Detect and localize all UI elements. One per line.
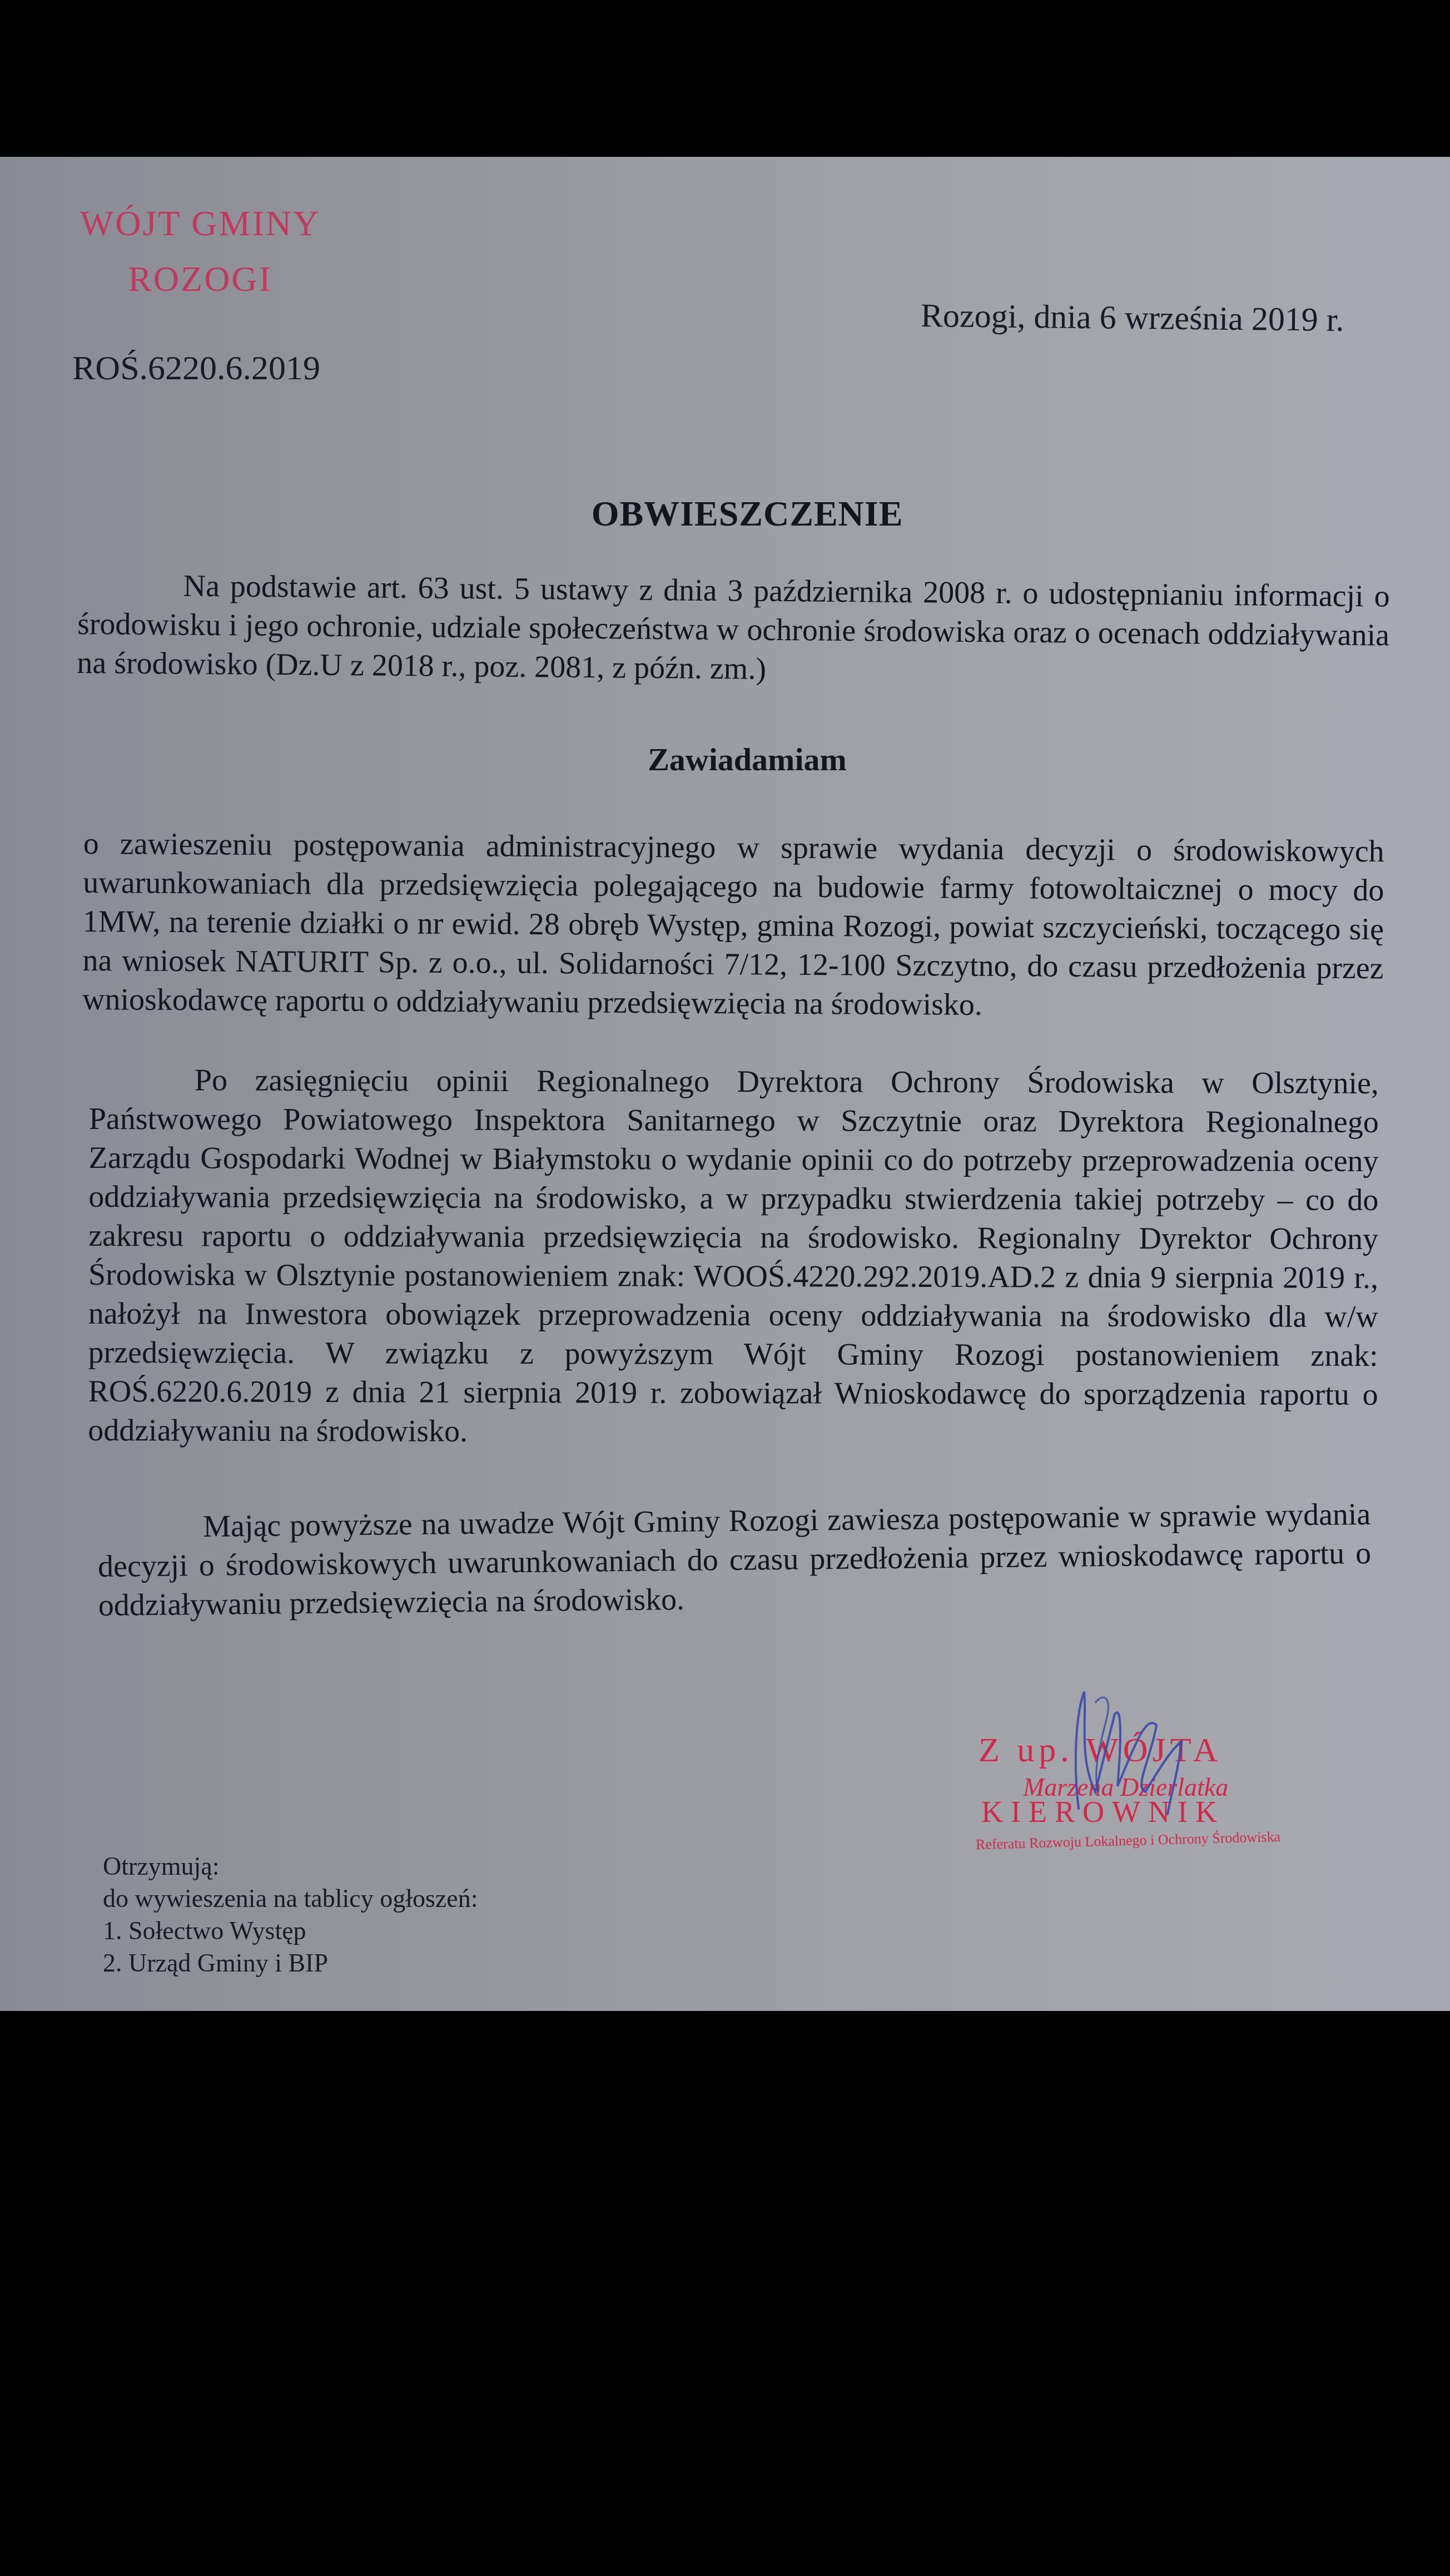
signature-stamp: Z up. WÓJTA Marzena Dzierlatka KIEROWNIK…: [967, 1670, 1323, 1853]
notice-paragraph-opinions: Po zasięgnięciu opinii Regionalnego Dyre…: [88, 1061, 1379, 1453]
notice-paragraph-decision: Mając powyższe na uwadze Wójt Gminy Rozo…: [97, 1495, 1372, 1625]
recipients-subheading: do wywieszenia na tablicy ogłoszeń:: [103, 1883, 478, 1915]
office-header-line2: ROZOGI: [22, 251, 378, 307]
handwritten-signature-icon: [1062, 1681, 1206, 1825]
recipients-list: Otrzymują: do wywieszenia na tablicy ogł…: [103, 1850, 478, 1979]
document-page: WÓJT GMINY ROZOGI Rozogi, dnia 6 wrześni…: [0, 157, 1450, 2011]
office-header-line1: WÓJT GMINY: [22, 196, 378, 251]
document-date: Rozogi, dnia 6 września 2019 r.: [921, 296, 1344, 339]
office-header-stamp: WÓJT GMINY ROZOGI: [22, 196, 378, 307]
recipient-item: 2. Urząd Gminy i BIP: [103, 1947, 478, 1979]
signatory-department: Referatu Rozwoju Lokalnego i Ochrony Śro…: [976, 1829, 1281, 1853]
notice-paragraph-suspension: o zawieszeniu postępowania administracyj…: [82, 824, 1384, 1027]
recipients-heading: Otrzymują:: [103, 1850, 478, 1883]
intro-paragraph: Na podstawie art. 63 ust. 5 ustawy z dni…: [77, 566, 1390, 694]
document-subtitle: Zawiadamiam: [22, 741, 1450, 778]
reference-number: ROŚ.6220.6.2019: [72, 349, 320, 388]
document-title: OBWIESZCZENIE: [22, 493, 1450, 534]
recipient-item: 1. Sołectwo Występ: [103, 1915, 478, 1947]
